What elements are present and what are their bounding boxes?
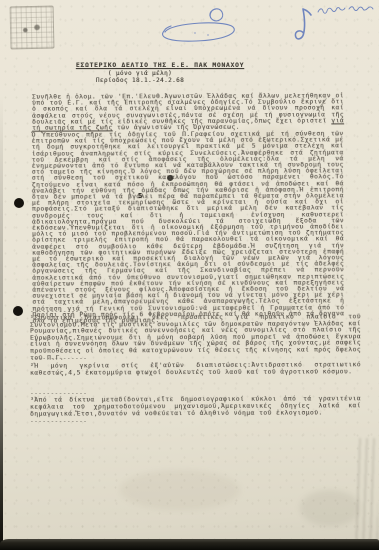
footnote-3: ³Ἀπό τά δίκτυα μεταδίδονται,εἴτε δημοσιο… xyxy=(30,396,361,418)
paragraph-1-text: Συνῆλθε ἡ ὁλομ. τῶν 'Επ.'Ελευθ.Ἀγωνιστῶν… xyxy=(32,92,344,125)
scan-streaks xyxy=(354,438,378,540)
scanned-document-page: ΕΣΩΤΕΡΙΚΟ ΔΕΛΤΙΟ ΤΗΣ Ε.Ε. ΠΑΚ ΜΟΝΑΧΟΥ ( … xyxy=(0,0,379,550)
document-title: ΕΣΩΤΕΡΙΚΟ ΔΕΛΤΙΟ ΤΗΣ Ε.Ε. ΠΑΚ ΜΟΝΑΧΟΥ xyxy=(55,61,265,69)
handwriting-annotation xyxy=(349,7,373,11)
page-bottom-edge xyxy=(0,539,379,550)
document-dateline: Περίοδος 18.1.-24.2.68 xyxy=(20,77,260,84)
pen-checkmark xyxy=(295,9,311,39)
footnote-separator: -------------- xyxy=(30,356,87,362)
paper-stain xyxy=(120,470,240,510)
pen-doodle-spiral xyxy=(210,9,223,21)
footnote-2: ²Ἡ μόνη γκρίνια στίς ἐξ'αὐτῶν διαπιστώσε… xyxy=(30,362,361,377)
ink-mark-bold: 5 xyxy=(138,192,142,200)
body-paragraph-1: Συνῆλθε ἡ ὁλομ. τῶν 'Επ.'Ελευθ.Ἀγωνιστῶν… xyxy=(32,93,344,132)
body-paragraph-2: Ὁ Ὑπεύθυνος πῆρε τίς ὁδηγίες τοῦ Π.Γραφε… xyxy=(32,131,345,325)
pen-doodle-oval xyxy=(163,23,235,41)
page-left-edge xyxy=(0,95,3,550)
punch-hole xyxy=(14,198,24,208)
handwriting-annotation xyxy=(318,8,345,14)
pen-dot xyxy=(194,32,196,34)
ink-blot xyxy=(167,175,173,181)
footnote-separator: -------------- xyxy=(30,419,87,425)
archive-stamp xyxy=(10,6,55,50)
paper-stain xyxy=(300,490,360,526)
pen-dot xyxy=(207,34,209,36)
punch-hole xyxy=(13,306,23,316)
document-subtitle: ( μόνο γιά μέλη) xyxy=(20,70,260,77)
